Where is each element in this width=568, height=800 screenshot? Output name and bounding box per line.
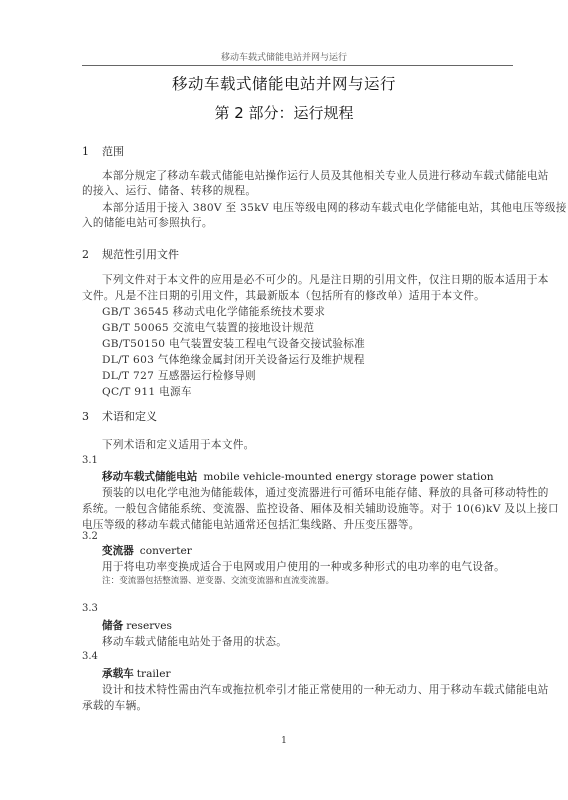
- term-en: trailer: [137, 668, 171, 680]
- term-en: mobile vehicle-mounted energy storage po…: [203, 471, 493, 483]
- running-header: 移动车载式储能电站并网与运行: [0, 50, 568, 63]
- term-zh: 变流器: [102, 545, 134, 557]
- definition-line: 移动车载式储能电站处于备用的状态。: [102, 634, 287, 649]
- section-title: 规范性引用文件: [102, 248, 179, 261]
- definition-line: 承载的车辆。: [82, 698, 147, 713]
- term-entry: 储备reserves: [102, 618, 172, 633]
- reference-item: DL/T 727 互感器运行检修导则: [102, 368, 256, 383]
- term-zh: 移动车载式储能电站: [102, 471, 197, 483]
- section-number: 1: [82, 145, 102, 158]
- term-zh: 承载车: [102, 668, 134, 680]
- paragraph-line: 本部分适用于接入 380V 至 35kV 电压等级电网的移动车载式电化学储能电站…: [102, 200, 567, 215]
- section-title: 术语和定义: [102, 410, 157, 423]
- term-entry: 移动车载式储能电站mobile vehicle-mounted energy s…: [102, 469, 494, 484]
- reference-item: GB/T 36545 移动式电化学储能系统技术要求: [102, 304, 325, 319]
- paragraph-line: 文件。凡是不注日期的引用文件，其最新版本（包括所有的修改单）适用于本文件。: [82, 288, 485, 303]
- definition-line: 用于将电功率变换成适合于电网或用户使用的一种或多种形式的电功率的电气设备。: [102, 559, 505, 574]
- definition-line: 电压等级的移动车载式储能电站通常还包括汇集线路、升压变压器等。: [82, 517, 420, 532]
- paragraph-line: 下列文件对于本文件的应用是必不可少的。凡是注日期的引用文件，仅注日期的版本适用于…: [102, 272, 549, 287]
- paragraph-line: 的接入、运行、储备、转移的规程。: [82, 183, 256, 198]
- term-en: reserves: [126, 620, 172, 632]
- page-number: 1: [0, 736, 568, 746]
- reference-item: GB/T 50065 交流电气装置的接地设计规范: [102, 320, 314, 335]
- term-entry: 承载车trailer: [102, 666, 171, 681]
- paragraph-line: 本部分规定了移动车载式储能电站操作运行人员及其他相关专业人员进行移动车载式储能电…: [102, 168, 549, 183]
- paragraph-line: 下列术语和定义适用于本文件。: [102, 437, 255, 452]
- part-title: 第 2 部分：运行规程: [0, 102, 568, 123]
- clause-number: 3.1: [82, 455, 98, 466]
- section-heading-normative-references: 2规范性引用文件: [82, 246, 179, 262]
- definition-line: 设计和技术特性需由汽车或拖拉机牵引才能正常使用的一种无动力、用于移动车载式储能电…: [102, 682, 549, 697]
- paragraph-line: 入的储能电站可参照执行。: [82, 215, 213, 230]
- section-heading-terms-definitions: 3术语和定义: [82, 408, 157, 424]
- term-en: converter: [140, 545, 192, 557]
- section-title: 范围: [102, 145, 124, 158]
- definition-line: 系统。一般包含储能系统、变流器、监控设备、厢体及相关辅助设施等。对于 10(6)…: [82, 501, 559, 516]
- term-zh: 储备: [102, 620, 123, 632]
- clause-number: 3.3: [82, 603, 98, 614]
- definition-line: 预装的以电化学电池为储能载体，通过变流器进行可循环电能存储、释放的具备可移动特性…: [102, 485, 549, 500]
- section-heading-scope: 1范围: [82, 143, 124, 159]
- reference-item: GB/T50150 电气装置安装工程电气设备交接试验标准: [102, 336, 365, 351]
- document-title: 移动车载式储能电站并网与运行: [0, 72, 568, 94]
- section-number: 3: [82, 410, 102, 423]
- reference-item: DL/T 603 气体绝缘金属封闭开关设备运行及维护规程: [102, 352, 365, 367]
- clause-number: 3.4: [82, 651, 98, 662]
- header-rule: [82, 65, 513, 66]
- definition-note: 注：变流器包括整流器、逆变器、交流变流器和直流变流器。: [102, 574, 334, 586]
- clause-number: 3.2: [82, 531, 98, 542]
- term-entry: 变流器converter: [102, 543, 192, 558]
- section-number: 2: [82, 248, 102, 261]
- reference-item: QC/T 911 电源车: [102, 384, 192, 399]
